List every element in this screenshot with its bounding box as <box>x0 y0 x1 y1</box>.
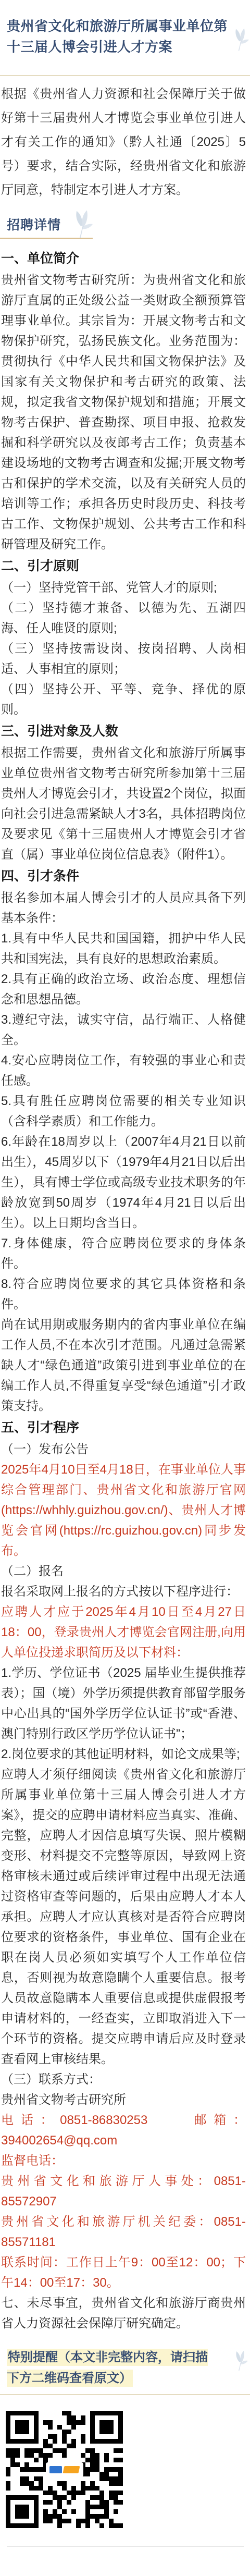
body-paragraph: （二）坚持德才兼备、以德为先、五湖四海、任人唯贤的原则; <box>1 598 246 639</box>
body-paragraph: 报名参加本届人博会引才的人员应具备下列基本条件： <box>1 888 246 928</box>
body-paragraph: （三）联系方式： <box>1 2069 246 2090</box>
body-paragraph: 七、未尽事宜，贵州省文化和旅游厅商贵州省人力资源社会保障厅研究确定。 <box>1 2293 246 2334</box>
body-paragraph: 电话：0851-86830253 邮箱：394002654@qq.com <box>1 2110 246 2151</box>
body-paragraph: 7.身体健康，符合应聘岗位要求的身体条件。 <box>1 1233 246 1274</box>
body-paragraph: 监督电话： <box>1 2151 246 2171</box>
leaf-decoration-icon <box>68 210 96 239</box>
body-paragraph: 5.具有胜任应聘岗位需要的相关专业知识（含科学素质）和工作能力。 <box>1 1091 246 1132</box>
body-paragraph: 应聘人才应于2025年4月10日至4月27日18：00，登录贵州人才博览会官网注… <box>1 1602 246 1663</box>
notice-divider <box>0 2394 250 2395</box>
body-paragraph: 8.符合应聘岗位要求的其它具体资格和条件。 <box>1 1274 246 1315</box>
body-paragraph: （一）坚持党管干部、党管人才的原则; <box>1 578 246 598</box>
body-paragraph: 尚在试用期或服务期内的省内事业单位在编工作人员,不在本次引才范围。凡通过急需紧缺… <box>1 1315 246 1416</box>
body-paragraph: 4.安心应聘岗位工作，有较强的事业心和责任感。 <box>1 1050 246 1091</box>
body-paragraph: 贵州省文化和旅游厅人事处：0851-85572907 <box>1 2171 246 2212</box>
body-paragraph: 3.遵纪守法，诚实守信，品行端正、人格健全。 <box>1 1010 246 1050</box>
bottom-divider <box>7 2546 244 2547</box>
body-paragraph: 贵州省文物考古研究所：为贵州省文化和旅游厅直属的正处级公益一类财政全额预算管理事… <box>1 270 246 555</box>
recruit-detail-label: 招聘详情 <box>7 218 61 232</box>
intro-paragraph: 根据《贵州省人力资源和社会保障厅关于做好第十三届贵州人才博览会事业单位引进人才有… <box>0 76 250 202</box>
leaf-decoration-icon <box>231 27 249 52</box>
notice-text: 特别提醒（本文非完整内容，请扫描下方二维码查看原文） <box>0 2347 250 2394</box>
body-paragraph: （三）坚持按需设岗、按岗招聘、人岗相适、人事相宜的原则； <box>1 639 246 679</box>
body-paragraph: 应聘人才须仔细阅读《贵州省文化和旅游厅所属事业单位第十三届人博会引进人才方案》，… <box>1 1764 246 2069</box>
section-heading: 四、引才条件 <box>1 865 246 888</box>
qr-code <box>6 2411 123 2528</box>
section-heading: 五、引才程序 <box>1 1416 246 1439</box>
notice-section: 特别提醒（本文非完整内容，请扫描下方二维码查看原文） <box>0 2347 250 2395</box>
article-body: 一、单位简介贵州省文物考古研究所：为贵州省文化和旅游厅直属的正处级公益一类财政全… <box>0 239 250 2334</box>
body-paragraph: 贵州省文化和旅游厅机关纪委：0851-85571181 <box>1 2212 246 2252</box>
body-paragraph: 贵州省文物考古研究所 <box>1 2090 246 2110</box>
page-title: 贵州省文化和旅游厅所属事业单位第十三届人博会引进人才方案 <box>0 0 231 57</box>
body-paragraph: （二）报名 <box>1 1561 246 1581</box>
body-paragraph: （四）坚持公开、平等、竞争、择优的原则。 <box>1 679 246 720</box>
body-paragraph: 报名采取网上报名的方式按以下程序进行： <box>1 1581 246 1602</box>
body-paragraph: （一）发布公告 <box>1 1439 246 1459</box>
body-paragraph: 1.具有中华人民共和国国籍，拥护中华人民共和国宪法，具有良好的思想政治素质。 <box>1 928 246 969</box>
article-page: 贵州省文化和旅游厅所属事业单位第十三届人博会引进人才方案 根据《贵州省人力资源和… <box>0 0 250 2576</box>
body-paragraph: 根据工作需要，贵州省文化和旅游厅所属事业单位贵州省文物考古研究所参加第十三届贵州… <box>1 743 246 865</box>
body-paragraph: 2.岗位要求的其他证明材料，如论文成果等; <box>1 1744 246 1764</box>
section-heading: 二、引才原则 <box>1 555 246 578</box>
notice-highlight: 特别提醒（本文非完整内容，请扫描下方二维码查看原文） <box>7 2349 208 2387</box>
body-paragraph: 1.学历、学位证书（2025 届毕业生提供推荐表）；国（境）外学历须提供教育部留… <box>1 1663 246 1744</box>
leaf-decoration-icon <box>232 2350 248 2371</box>
section-heading: 一、单位简介 <box>1 247 246 270</box>
body-paragraph: 联系时间：工作日上午9：00至12：00；下午14：00至17：30。 <box>1 2252 246 2293</box>
qr-center-logo <box>46 2462 83 2477</box>
body-paragraph: 2025年4月10日至4月18日，在事业单位人事综合管理部门、贵州省文化和旅游厅… <box>1 1459 246 1561</box>
body-paragraph: 6.年龄在18周岁以上（2007年4月21日以前出生），45周岁以下（1979年… <box>1 1132 246 1233</box>
body-paragraph: 2.具有正确的政治立场、政治态度、理想信念和思想品德。 <box>1 969 246 1010</box>
recruit-detail-header: 招聘详情 <box>0 215 93 239</box>
section-heading: 三、引进对象及人数 <box>1 720 246 743</box>
